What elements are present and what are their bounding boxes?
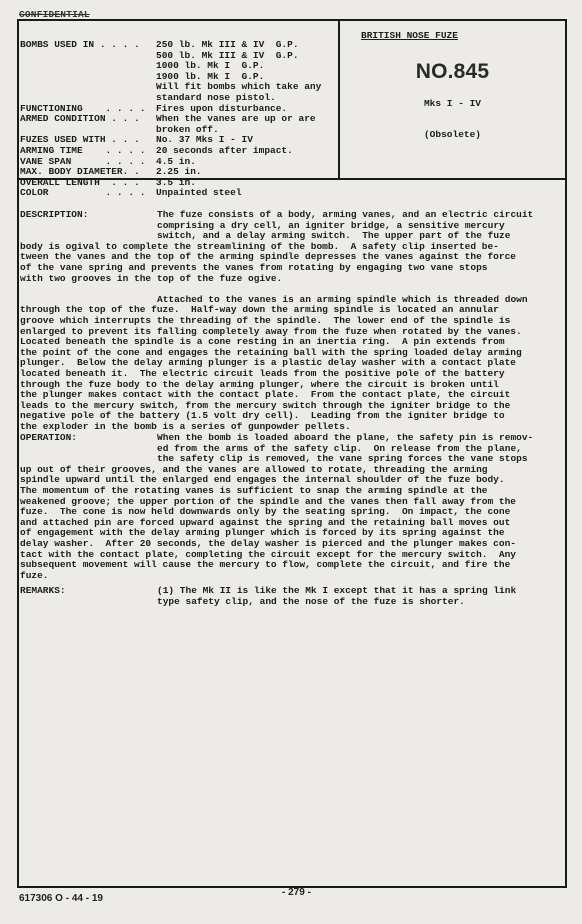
- spec-row: ARMED CONDITION . . .When the vanes are …: [20, 114, 340, 135]
- fuze-status: (Obsolete): [338, 129, 567, 140]
- spec-value: 20 seconds after impact.: [156, 146, 340, 157]
- operation-line: subsequent movement will cause the mercu…: [20, 560, 560, 571]
- specifications-list: BOMBS USED IN . . . .250 lb. Mk III & IV…: [20, 40, 340, 199]
- fuze-type-heading: BRITISH NOSE FUZE: [361, 30, 458, 41]
- spec-row: BOMBS USED IN . . . .250 lb. Mk III & IV…: [20, 40, 340, 104]
- print-code: 617306 O - 44 - 19: [19, 893, 103, 904]
- spec-row: COLOR . . . .Unpainted steel: [20, 188, 340, 199]
- spec-label: ARMING TIME . . . .: [20, 146, 156, 157]
- description-line: The fuze consists of a body, arming vane…: [157, 210, 560, 221]
- remarks-line: (1) The Mk II is like the Mk I except th…: [157, 586, 560, 597]
- description-line: the exploder in the bomb is a series of …: [20, 422, 560, 433]
- spec-value: 250 lb. Mk III & IV G.P.: [156, 40, 340, 51]
- remarks-label: REMARKS:: [20, 586, 66, 597]
- remarks-line: type safety clip, and the nose of the fu…: [157, 597, 560, 608]
- spec-value: standard nose pistol.: [156, 93, 340, 104]
- fuze-number: NO.845: [338, 60, 567, 84]
- spec-value: Unpainted steel: [156, 188, 340, 199]
- operation-label: OPERATION:: [20, 433, 77, 444]
- description-line: of the vane spring and prevents the vane…: [20, 263, 560, 274]
- spec-label: COLOR . . . .: [20, 188, 156, 199]
- operation-line: The momentum of the rotating vanes is su…: [20, 486, 560, 497]
- description-section: DESCRIPTION: The fuze consists of a body…: [20, 210, 560, 432]
- document-page: CONFIDENTIAL BRITISH NOSE FUZE NO.845 Mk…: [0, 0, 582, 924]
- spec-label: BOMBS USED IN . . . .: [20, 40, 156, 104]
- remarks-section: REMARKS: (1) The Mk II is like the Mk I …: [20, 586, 560, 607]
- description-label: DESCRIPTION:: [20, 210, 88, 221]
- fuze-marks: Mks I - IV: [338, 98, 567, 109]
- page-number: - 279 -: [282, 887, 311, 898]
- operation-section: OPERATION: When the bomb is loaded aboar…: [20, 433, 560, 581]
- operation-line: When the bomb is loaded aboard the plane…: [157, 433, 560, 444]
- description-line: located beneath it. The electric circuit…: [20, 369, 560, 380]
- description-line: groove which interrupts the threading of…: [20, 316, 560, 327]
- spec-row: ARMING TIME . . . .20 seconds after impa…: [20, 146, 340, 157]
- spec-label: ARMED CONDITION . . .: [20, 114, 156, 135]
- operation-line: fuze.: [20, 571, 560, 582]
- description-line: with two grooves in the top of the fuze …: [20, 274, 560, 285]
- operation-line: delay washer. After 20 seconds, the dela…: [20, 539, 560, 550]
